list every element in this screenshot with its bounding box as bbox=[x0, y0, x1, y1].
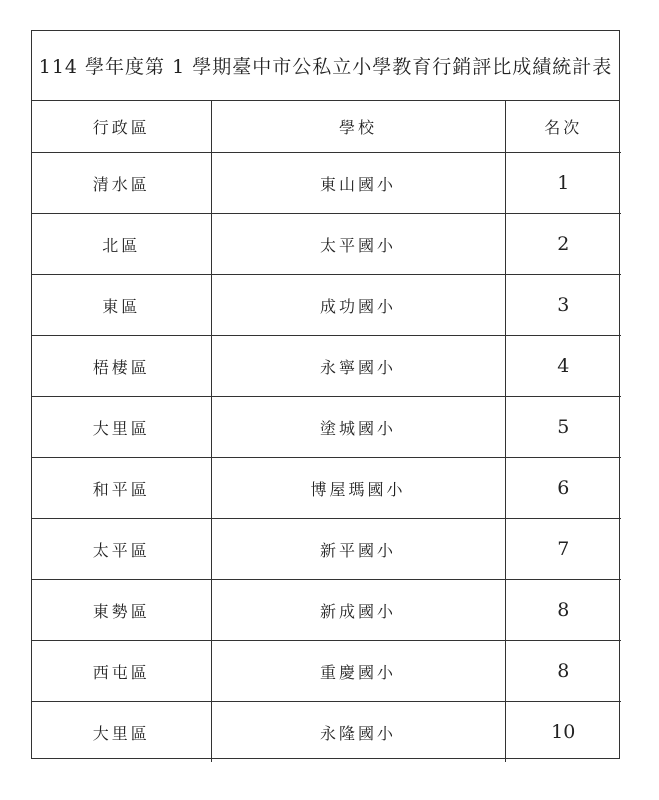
table-header-row: 行政區 學校 名次 bbox=[32, 101, 621, 153]
district-cell: 梧棲區 bbox=[32, 336, 211, 397]
district-cell: 東區 bbox=[32, 275, 211, 336]
rank-cell: 4 bbox=[505, 336, 621, 397]
rank-cell: 6 bbox=[505, 458, 621, 519]
school-cell: 永隆國小 bbox=[211, 702, 505, 763]
table-row: 和平區 博屋瑪國小 6 bbox=[32, 458, 621, 519]
rank-cell: 3 bbox=[505, 275, 621, 336]
district-cell: 西屯區 bbox=[32, 641, 211, 702]
table-row: 東區 成功國小 3 bbox=[32, 275, 621, 336]
rank-cell: 5 bbox=[505, 397, 621, 458]
table-row: 北區 太平國小 2 bbox=[32, 214, 621, 275]
results-table: 行政區 學校 名次 清水區 東山國小 1 北區 太平國小 2 東區 成功國小 3 bbox=[32, 101, 621, 762]
rank-cell: 7 bbox=[505, 519, 621, 580]
school-cell: 太平國小 bbox=[211, 214, 505, 275]
table-row: 梧棲區 永寧國小 4 bbox=[32, 336, 621, 397]
table-row: 大里區 永隆國小 10 bbox=[32, 702, 621, 763]
district-cell: 和平區 bbox=[32, 458, 211, 519]
district-cell: 東勢區 bbox=[32, 580, 211, 641]
column-header-district: 行政區 bbox=[32, 101, 211, 153]
district-cell: 北區 bbox=[32, 214, 211, 275]
rank-cell: 2 bbox=[505, 214, 621, 275]
school-cell: 新平國小 bbox=[211, 519, 505, 580]
column-header-school: 學校 bbox=[211, 101, 505, 153]
table-row: 大里區 塗城國小 5 bbox=[32, 397, 621, 458]
table-row: 東勢區 新成國小 8 bbox=[32, 580, 621, 641]
district-cell: 太平區 bbox=[32, 519, 211, 580]
district-cell: 清水區 bbox=[32, 153, 211, 214]
school-cell: 新成國小 bbox=[211, 580, 505, 641]
rank-cell: 10 bbox=[505, 702, 621, 763]
table-row: 西屯區 重慶國小 8 bbox=[32, 641, 621, 702]
school-cell: 博屋瑪國小 bbox=[211, 458, 505, 519]
column-header-rank: 名次 bbox=[505, 101, 621, 153]
table-row: 太平區 新平國小 7 bbox=[32, 519, 621, 580]
school-cell: 重慶國小 bbox=[211, 641, 505, 702]
district-cell: 大里區 bbox=[32, 702, 211, 763]
rank-cell: 1 bbox=[505, 153, 621, 214]
table-row: 清水區 東山國小 1 bbox=[32, 153, 621, 214]
document-title: 114 學年度第 1 學期臺中市公私立小學教育行銷評比成績統計表 bbox=[32, 31, 619, 101]
school-cell: 永寧國小 bbox=[211, 336, 505, 397]
school-cell: 成功國小 bbox=[211, 275, 505, 336]
results-sheet: 114 學年度第 1 學期臺中市公私立小學教育行銷評比成績統計表 行政區 學校 … bbox=[31, 30, 620, 759]
district-cell: 大里區 bbox=[32, 397, 211, 458]
school-cell: 東山國小 bbox=[211, 153, 505, 214]
rank-cell: 8 bbox=[505, 641, 621, 702]
school-cell: 塗城國小 bbox=[211, 397, 505, 458]
rank-cell: 8 bbox=[505, 580, 621, 641]
